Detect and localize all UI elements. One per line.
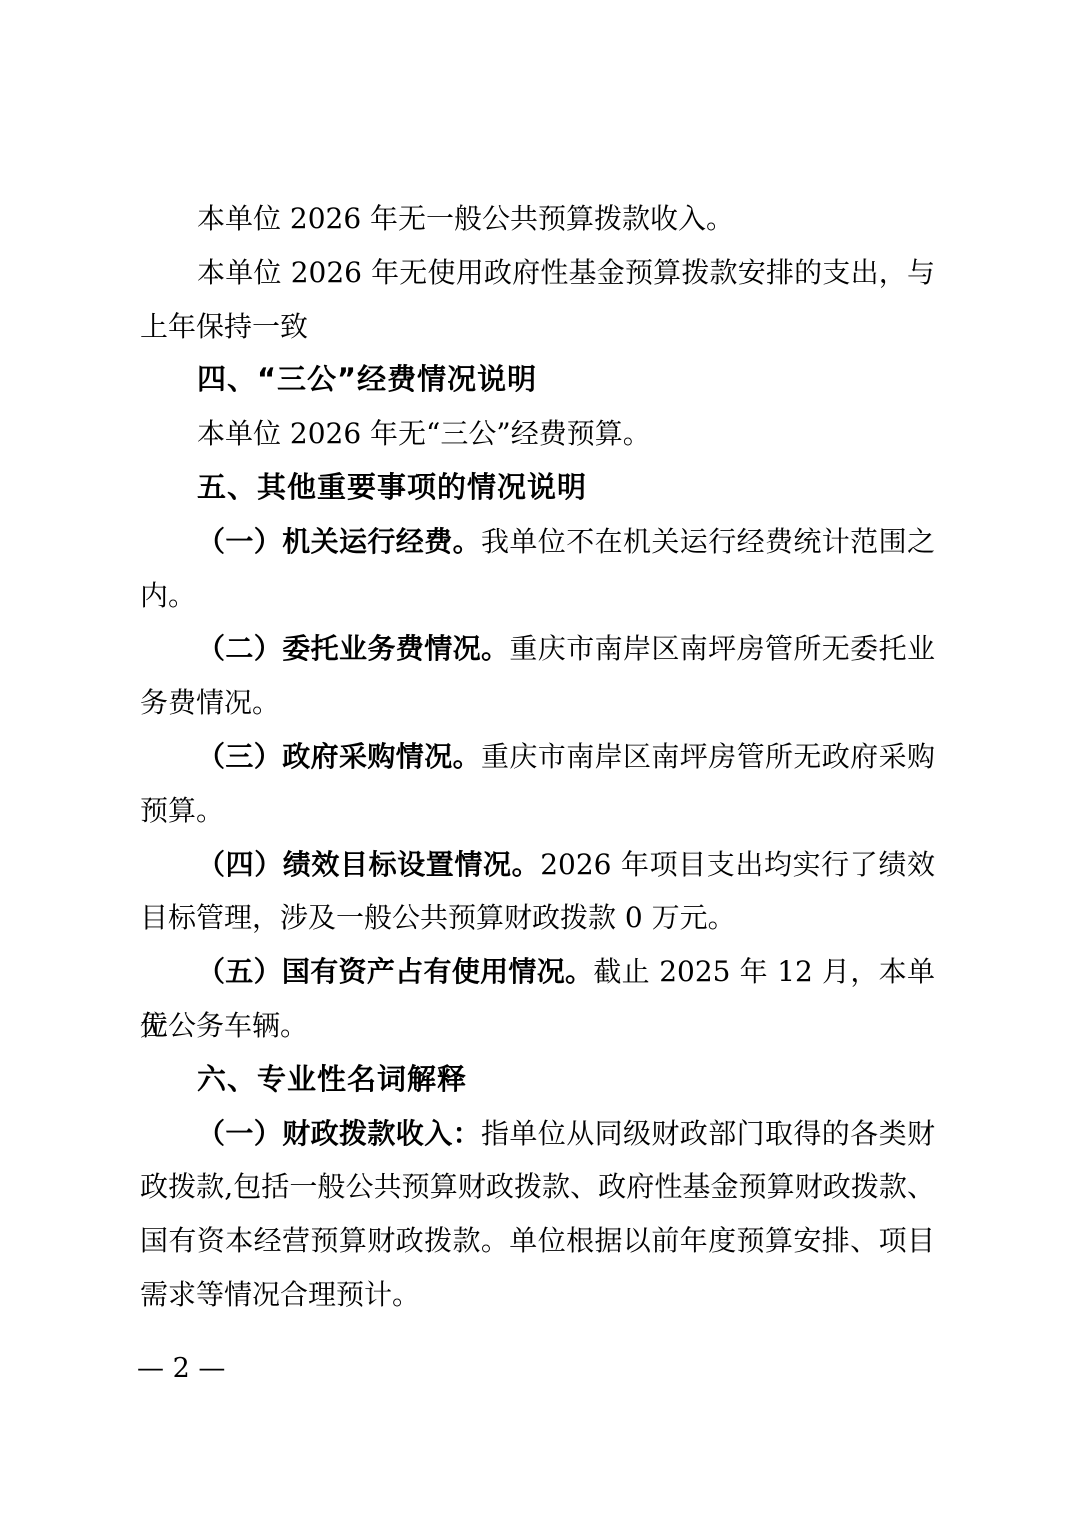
term-1-fiscal-appropriation-income-line4: 需求等情况合理预计。 <box>140 1268 935 1322</box>
item-1-text: 我单位不在机关运行经费统计范围之 <box>481 525 935 558</box>
term-1-lead: （一）财政拨款收入： <box>197 1117 481 1150</box>
section-heading-five-other-matters: 五、其他重要事项的情况说明 <box>140 461 935 515</box>
item-5-state-assets-line2: 无公务车辆。 <box>140 999 935 1053</box>
document-page: 本单位 2026 年无一般公共预算拨款收入。 本单位 2026 年无使用政府性基… <box>0 0 1074 1520</box>
document-body: 本单位 2026 年无一般公共预算拨款收入。 本单位 2026 年无使用政府性基… <box>140 192 935 1322</box>
page-number: — 2 — <box>137 1349 225 1389</box>
item-1-agency-operating-expense-line1: （一）机关运行经费。我单位不在机关运行经费统计范围之 <box>140 515 935 569</box>
item-3-lead: （三）政府采购情况。 <box>197 740 481 773</box>
item-3-text: 重庆市南岸区南坪房管所无政府采购 <box>481 740 935 773</box>
term-1-fiscal-appropriation-income-line1: （一）财政拨款收入：指单位从同级财政部门取得的各类财 <box>140 1107 935 1161</box>
section-heading-six-terminology: 六、专业性名词解释 <box>140 1053 935 1107</box>
item-5-lead: （五）国有资产占有使用情况。 <box>197 955 593 988</box>
paragraph-no-sangong-budget: 本单位 2026 年无“三公”经费预算。 <box>140 407 935 461</box>
item-4-performance-targets-line1: （四）绩效目标设置情况。2026 年项目支出均实行了绩效 <box>140 838 935 892</box>
item-4-performance-targets-line2: 目标管理，涉及一般公共预算财政拨款 0 万元。 <box>140 891 935 945</box>
item-2-lead: （二）委托业务费情况。 <box>197 632 509 665</box>
paragraph-no-general-budget-income: 本单位 2026 年无一般公共预算拨款收入。 <box>140 192 935 246</box>
term-1-text: 指单位从同级财政部门取得的各类财 <box>481 1117 935 1150</box>
section-heading-four-sangong: 四、“三公”经费情况说明 <box>140 353 935 407</box>
item-3-government-procurement-line2: 预算。 <box>140 784 935 838</box>
item-2-entrusted-business-fee-line1: （二）委托业务费情况。重庆市南岸区南坪房管所无委托业 <box>140 622 935 676</box>
term-1-fiscal-appropriation-income-line3: 国有资本经营预算财政拨款。单位根据以前年度预算安排、项目 <box>140 1214 935 1268</box>
item-2-entrusted-business-fee-line2: 务费情况。 <box>140 676 935 730</box>
item-3-government-procurement-line1: （三）政府采购情况。重庆市南岸区南坪房管所无政府采购 <box>140 730 935 784</box>
item-1-lead: （一）机关运行经费。 <box>197 525 481 558</box>
item-4-lead: （四）绩效目标设置情况。 <box>197 848 540 881</box>
term-1-fiscal-appropriation-income-line2: 政拨款,包括一般公共预算财政拨款、政府性基金预算财政拨款、 <box>140 1160 935 1214</box>
paragraph-no-govfund-expense-line2: 上年保持一致 <box>140 300 935 354</box>
item-1-agency-operating-expense-line2: 内。 <box>140 569 935 623</box>
item-5-state-assets-line1: （五）国有资产占有使用情况。截止 2025 年 12 月，本单位 <box>140 945 935 999</box>
paragraph-no-govfund-expense-line1: 本单位 2026 年无使用政府性基金预算拨款安排的支出，与 <box>140 246 935 300</box>
item-2-text: 重庆市南岸区南坪房管所无委托业 <box>509 632 935 665</box>
item-4-text: 2026 年项目支出均实行了绩效 <box>540 848 935 881</box>
